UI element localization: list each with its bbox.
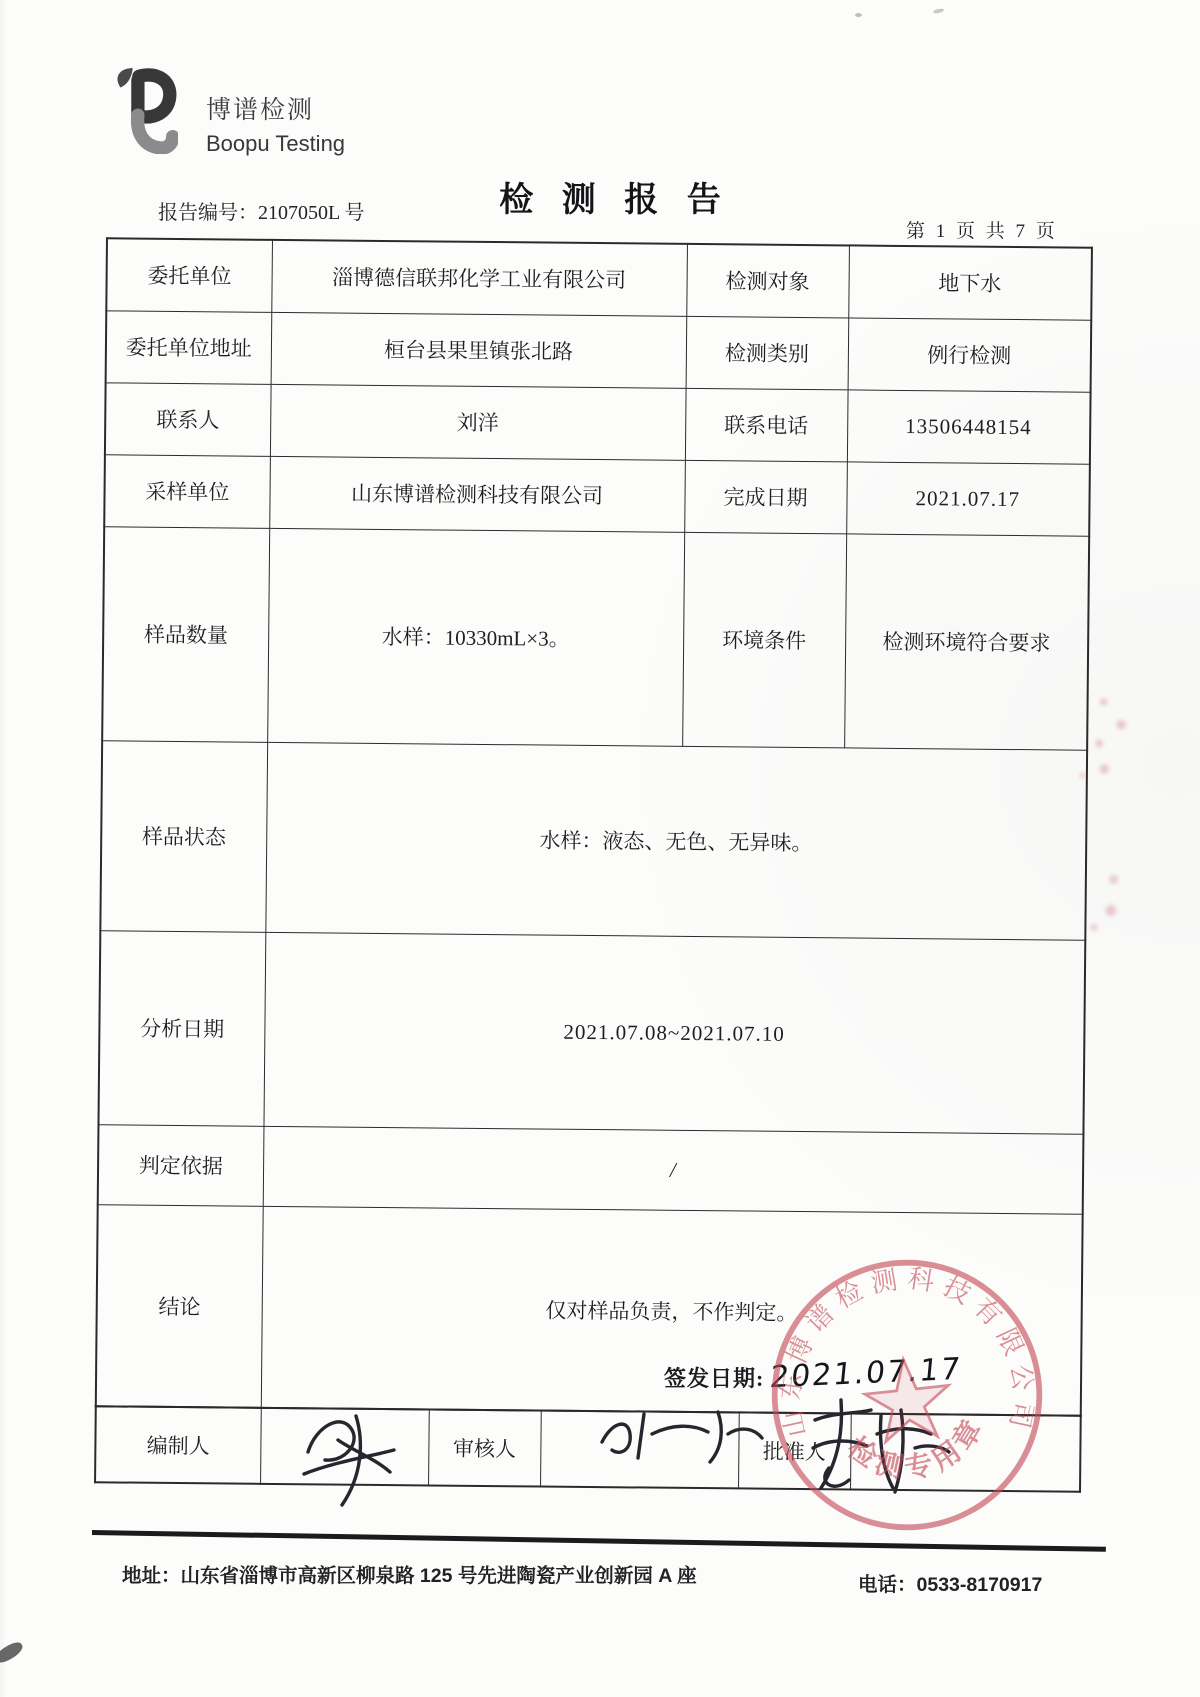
completion-date-value: 2021.07.17 (846, 461, 1090, 535)
client-value: 淄博德信联邦化学工业有限公司 (271, 240, 687, 316)
test-category-value: 例行检测 (848, 317, 1092, 391)
table-row: 样品数量 水样：10330mL×3。 环境条件 检测环境符合要求 (102, 526, 1089, 749)
page-indicator: 第 1 页 共 7 页 (906, 216, 1058, 243)
footer-phone: 电话：0533-8170917 (858, 1569, 1042, 1597)
analysis-date-value: 2021.07.08~2021.07.10 (263, 932, 1085, 1134)
table-row: 判定依据 / (98, 1124, 1084, 1213)
table-row: 委托单位 淄博德信联邦化学工业有限公司 检测对象 地下水 (106, 238, 1092, 319)
contact-label: 联系人 (105, 382, 271, 456)
report-table: 委托单位 淄博德信联邦化学工业有限公司 检测对象 地下水 委托单位地址 桓台县果… (95, 237, 1093, 1416)
sample-state-label: 样品状态 (100, 740, 267, 932)
sampling-unit-label: 采样单位 (104, 454, 270, 528)
completion-date-label: 完成日期 (684, 460, 847, 534)
footer-address: 地址：山东省淄博市高新区柳泉路 125 号先进陶瓷产业创新园 A 座 (122, 1560, 697, 1588)
table-row: 采样单位 山东博谱检测科技有限公司 完成日期 2021.07.17 (104, 454, 1090, 535)
reviewer-label: 审核人 (428, 1410, 541, 1487)
preparer-signature (292, 1400, 424, 1508)
environment-label: 环境条件 (682, 532, 846, 748)
phone-label: 联系电话 (685, 388, 848, 462)
reviewer-signature (592, 1402, 770, 1474)
sampling-unit-value: 山东博谱检测科技有限公司 (269, 456, 685, 532)
environment-value: 检测环境符合要求 (844, 533, 1089, 749)
test-object-label: 检测对象 (686, 244, 849, 318)
brand-name-cn: 博谱检测 (206, 90, 345, 126)
judgment-basis-value: / (263, 1126, 1084, 1214)
analysis-date-label: 分析日期 (98, 930, 265, 1126)
sample-state-value: 水样：液态、无色、无异味。 (265, 742, 1087, 940)
table-row: 联系人 刘洋 联系电话 13506448154 (105, 382, 1091, 463)
scan-speck (933, 8, 945, 14)
client-label: 委托单位 (106, 238, 272, 312)
conclusion-label: 结论 (96, 1204, 263, 1408)
report-number: 报告编号：2107050L 号 (158, 196, 364, 225)
logo-block: 博谱检测 Boopu Testing (108, 64, 345, 157)
table-row: 样品状态 水样：液态、无色、无异味。 (100, 740, 1087, 939)
company-stamp: 山东博谱检测科技有限公司 检测专用章 (760, 1248, 1054, 1542)
report-number-value: 2107050L 号 (258, 202, 364, 224)
scan-speck (855, 13, 862, 17)
boopu-logo-icon (108, 64, 178, 154)
issue-date-label: 签发日期: (664, 1362, 764, 1393)
contact-value: 刘洋 (270, 384, 686, 460)
preparer-label: 编制人 (95, 1406, 261, 1484)
table-row: 委托单位地址 桓台县果里镇张北路 检测类别 例行检测 (106, 310, 1092, 391)
test-object-value: 地下水 (848, 245, 1092, 319)
sample-quantity-value: 水样：10330mL×3。 (267, 528, 684, 746)
star-icon (862, 1355, 954, 1443)
scan-corner-mark (0, 1639, 25, 1666)
test-category-label: 检测类别 (686, 316, 849, 390)
table-row: 分析日期 2021.07.08~2021.07.10 (98, 930, 1085, 1133)
client-address-label: 委托单位地址 (106, 310, 272, 384)
report-page: 博谱检测 Boopu Testing 检 测 报 告 报告编号：2107050L… (0, 0, 1200, 1697)
report-number-label: 报告编号： (158, 202, 258, 224)
sample-quantity-label: 样品数量 (102, 526, 269, 742)
brand-name-en: Boopu Testing (206, 131, 345, 157)
client-address-value: 桓台县果里镇张北路 (271, 312, 687, 388)
phone-value: 13506448154 (847, 389, 1091, 463)
judgment-basis-label: 判定依据 (98, 1124, 264, 1206)
